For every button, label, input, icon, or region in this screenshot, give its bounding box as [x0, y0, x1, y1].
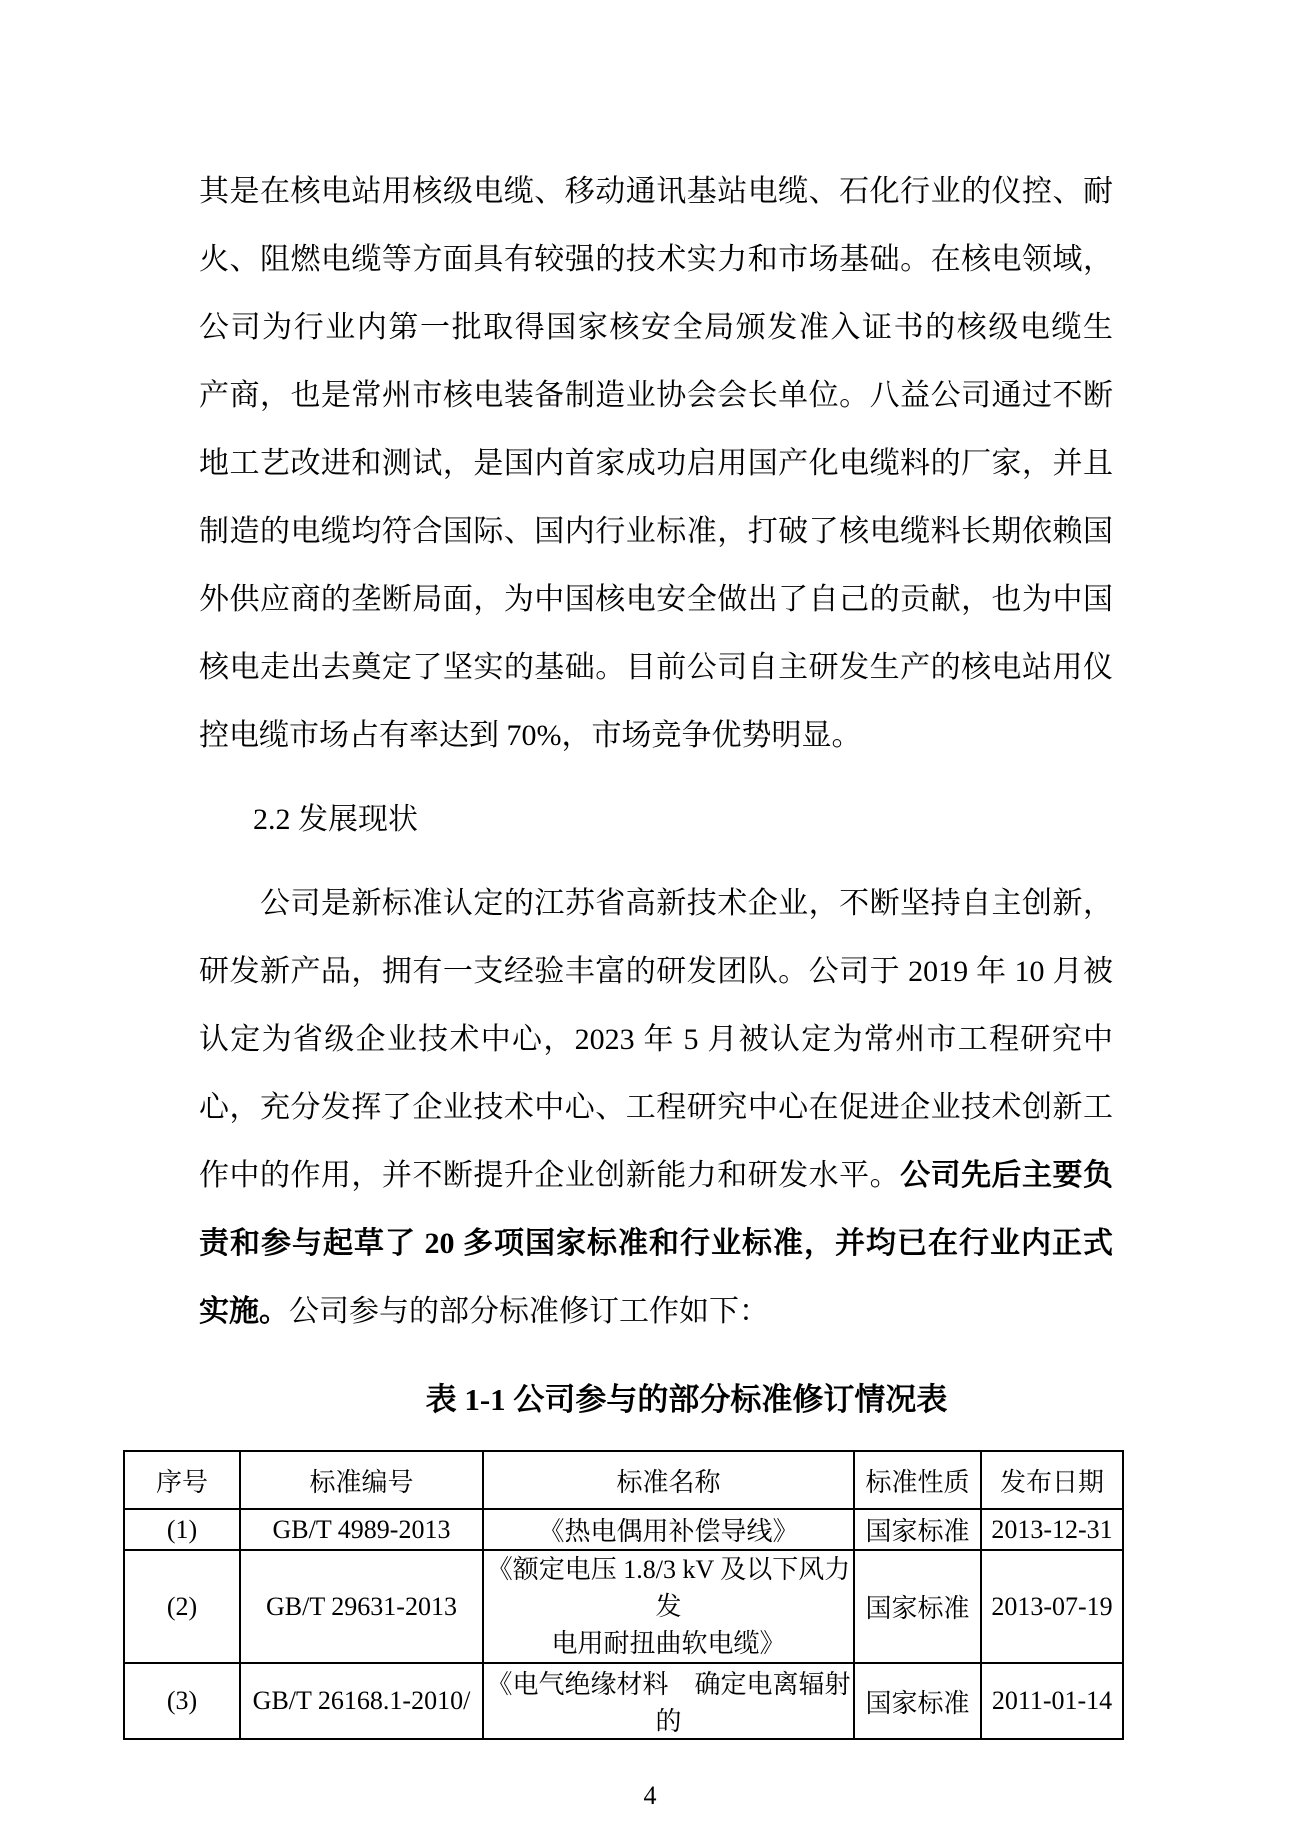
paragraph-line: 公司是新标准认定的江苏省高新技术企业，不断坚持自主创新，: [199, 870, 1113, 938]
paragraph-line: 公司为行业内第一批取得国家核安全局颁发准入证书的核级电缆生: [199, 294, 1113, 362]
column-header-code: 标准编号: [240, 1451, 483, 1509]
paragraph-line: 实施。公司参与的部分标准修订工作如下：: [199, 1278, 1113, 1346]
cell-seq: (3): [124, 1663, 240, 1739]
paragraph-2: 公司是新标准认定的江苏省高新技术企业，不断坚持自主创新， 研发新产品，拥有一支经…: [199, 870, 1113, 1346]
column-header-date: 发布日期: [981, 1451, 1123, 1509]
cell-nature: 国家标准: [854, 1509, 981, 1550]
paragraph-line: 认定为省级企业技术中心，2023 年 5 月被认定为常州市工程研究中: [199, 1006, 1113, 1074]
cell-code: GB/T 4989-2013: [240, 1509, 483, 1550]
paragraph-1: 其是在核电站用核级电缆、移动通讯基站电缆、石化行业的仪控、耐 火、阻燃电缆等方面…: [199, 158, 1113, 770]
paragraph-line: 外供应商的垄断局面，为中国核电安全做出了自己的贡献，也为中国: [199, 566, 1113, 634]
cell-seq: (1): [124, 1509, 240, 1550]
paragraph-line: 责和参与起草了 20 多项国家标准和行业标准，并均已在行业内正式: [199, 1210, 1113, 1278]
cell-date: 2013-07-19: [981, 1550, 1123, 1663]
column-header-name: 标准名称: [483, 1451, 854, 1509]
cell-name: 《额定电压 1.8/3 kV 及以下风力发 电用耐扭曲软电缆》: [483, 1550, 854, 1663]
table-row: (1) GB/T 4989-2013 《热电偶用补偿导线》 国家标准 2013-…: [124, 1509, 1123, 1550]
text-segment: 研发新产品，拥有一支经验丰富的研发团队。公司于 2019 年 10 月被: [199, 955, 1113, 988]
text-block: 其是在核电站用核级电缆、移动通讯基站电缆、石化行业的仪控、耐 火、阻燃电缆等方面…: [199, 158, 1113, 1434]
cell-date: 2013-12-31: [981, 1509, 1123, 1550]
text-segment-bold: 公司先后主要负: [900, 1159, 1113, 1192]
document-page: 其是在核电站用核级电缆、移动通讯基站电缆、石化行业的仪控、耐 火、阻燃电缆等方面…: [0, 0, 1300, 1838]
paragraph-line: 火、阻燃电缆等方面具有较强的技术实力和市场基础。在核电领域，: [199, 226, 1113, 294]
page-content: 其是在核电站用核级电缆、移动通讯基站电缆、石化行业的仪控、耐 火、阻燃电缆等方面…: [0, 0, 1300, 1810]
cell-code: GB/T 29631-2013: [240, 1550, 483, 1663]
text-segment: 认定为省级企业技术中心，2023 年 5 月被认定为常州市工程研究中: [199, 1023, 1113, 1056]
page-number: 4: [0, 1782, 1300, 1810]
standards-table: 序号 标准编号 标准名称 标准性质 发布日期 (1) GB/T 4989-201…: [123, 1450, 1124, 1740]
column-header-nature: 标准性质: [854, 1451, 981, 1509]
cell-name-line: 《额定电压 1.8/3 kV 及以下风力发: [484, 1551, 853, 1625]
paragraph-line: 控电缆市场占有率达到 70%，市场竞争优势明显。: [199, 702, 1113, 770]
text-segment-bold: 责和参与起草了 20 多项国家标准和行业标准，并均已在行业内正式: [199, 1227, 1113, 1260]
table-title: 表 1-1 公司参与的部分标准修订情况表: [199, 1366, 1113, 1434]
table-row: (2) GB/T 29631-2013 《额定电压 1.8/3 kV 及以下风力…: [124, 1550, 1123, 1663]
cell-code: GB/T 26168.1-2010/: [240, 1663, 483, 1739]
paragraph-line: 地工艺改进和测试，是国内首家成功启用国产化电缆料的厂家，并且: [199, 430, 1113, 498]
text-segment: 作中的作用，并不断提升企业创新能力和研发水平。: [199, 1159, 900, 1192]
paragraph-line: 作中的作用，并不断提升企业创新能力和研发水平。公司先后主要负: [199, 1142, 1113, 1210]
table-header-row: 序号 标准编号 标准名称 标准性质 发布日期: [124, 1451, 1123, 1509]
section-heading: 2.2 发展现状: [199, 786, 1113, 854]
cell-nature: 国家标准: [854, 1550, 981, 1663]
cell-date: 2011-01-14: [981, 1663, 1123, 1739]
paragraph-line: 制造的电缆均符合国际、国内行业标准，打破了核电缆料长期依赖国: [199, 498, 1113, 566]
paragraph-line: 其是在核电站用核级电缆、移动通讯基站电缆、石化行业的仪控、耐: [199, 158, 1113, 226]
paragraph-line: 产商，也是常州市核电装备制造业协会会长单位。八益公司通过不断: [199, 362, 1113, 430]
cell-name-line: 电用耐扭曲软电缆》: [484, 1625, 853, 1662]
text-segment: 心，充分发挥了企业技术中心、工程研究中心在促进企业技术创新工: [199, 1091, 1113, 1124]
cell-name: 《电气绝缘材料 确定电离辐射的: [483, 1663, 854, 1739]
text-segment-bold: 实施。: [199, 1295, 289, 1328]
text-segment: 公司是新标准认定的江苏省高新技术企业，不断坚持自主创新，: [260, 887, 1113, 920]
column-header-seq: 序号: [124, 1451, 240, 1509]
paragraph-line: 心，充分发挥了企业技术中心、工程研究中心在促进企业技术创新工: [199, 1074, 1113, 1142]
cell-name: 《热电偶用补偿导线》: [483, 1509, 854, 1550]
text-segment: 公司参与的部分标准修订工作如下：: [289, 1295, 769, 1328]
paragraph-line: 核电走出去奠定了坚实的基础。目前公司自主研发生产的核电站用仪: [199, 634, 1113, 702]
table-row: (3) GB/T 26168.1-2010/ 《电气绝缘材料 确定电离辐射的 国…: [124, 1663, 1123, 1739]
paragraph-line: 研发新产品，拥有一支经验丰富的研发团队。公司于 2019 年 10 月被: [199, 938, 1113, 1006]
cell-seq: (2): [124, 1550, 240, 1663]
cell-nature: 国家标准: [854, 1663, 981, 1739]
